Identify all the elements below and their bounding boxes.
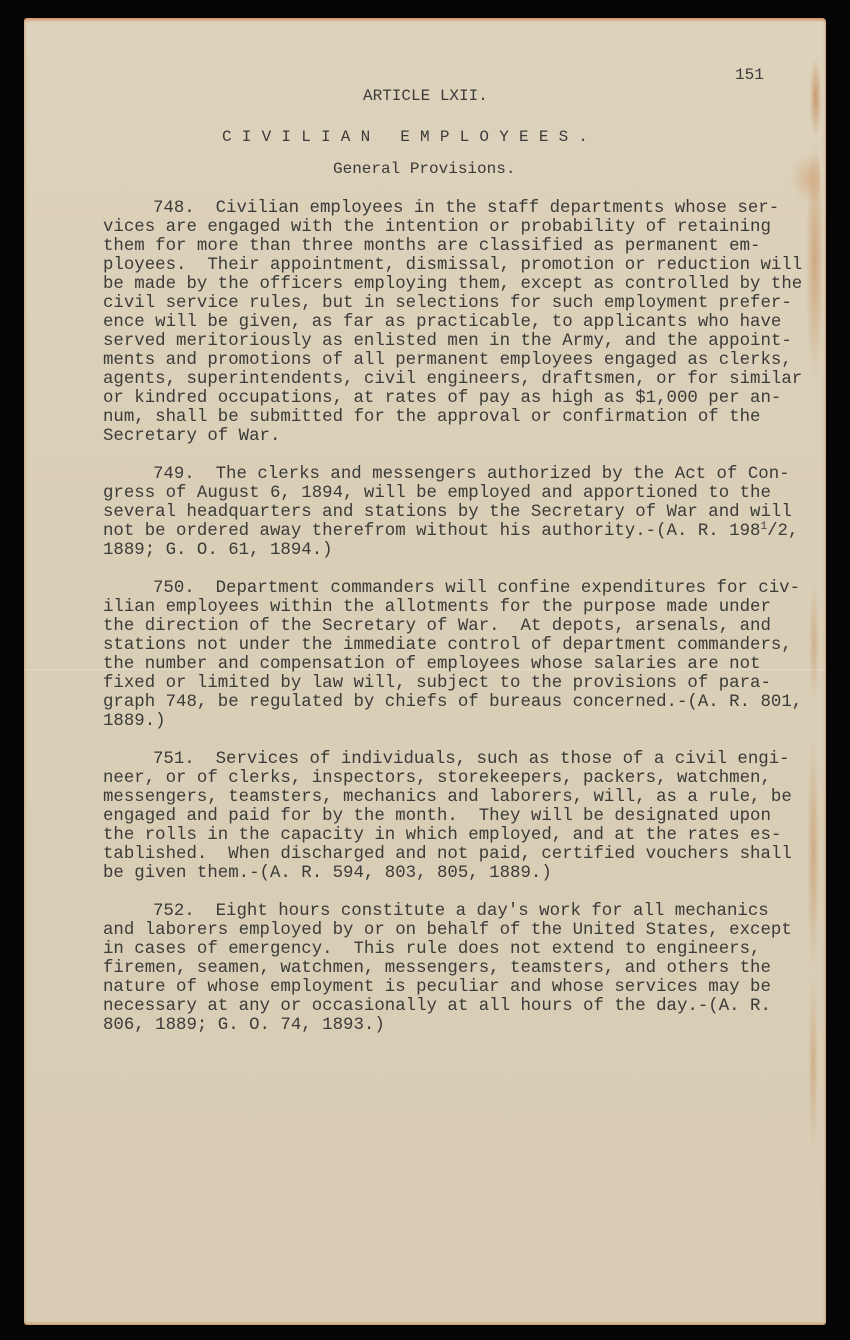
paragraph-line: 751. Services of individuals, such as th…: [103, 750, 803, 769]
paragraph-line: graph 748, be regulated by chiefs of bur…: [103, 693, 803, 712]
paragraph-line: fixed or limited by law will, subject to…: [103, 674, 803, 693]
subheading: General Provisions.: [333, 160, 515, 179]
water-stain-blob: [790, 153, 820, 203]
article-title: ARTICLE LXII.: [363, 87, 488, 106]
paragraph-line: vices are engaged with the intention or …: [103, 218, 803, 237]
paragraph-line: ployees. Their appointment, dismissal, p…: [103, 256, 803, 275]
paragraph-line: necessary at any or occasionally at all …: [103, 997, 803, 1016]
paragraph-line: engaged and paid for by the month. They …: [103, 807, 803, 826]
paragraph-line: ilian employees within the allotments fo…: [103, 598, 803, 617]
paragraph-line: be made by the officers employing them, …: [103, 275, 803, 294]
paragraph-line: the number and compensation of employees…: [103, 655, 803, 674]
paragraph-line: nature of whose employment is peculiar a…: [103, 978, 803, 997]
paragraph-line: num, shall be submitted for the approval…: [103, 408, 803, 427]
paragraph-line: Secretary of War.: [103, 427, 803, 446]
paragraph-748: 748. Civilian employees in the staff dep…: [103, 199, 803, 446]
paragraph-line: them for more than three months are clas…: [103, 237, 803, 256]
paragraph-line: ence will be given, as far as practicabl…: [103, 313, 803, 332]
paragraph-line: gress of August 6, 1894, will be employe…: [103, 484, 803, 503]
line-text: not be ordered away therefrom without hi…: [103, 522, 760, 541]
paragraph-752: 752. Eight hours constitute a day's work…: [103, 902, 803, 1035]
paragraph-line: be given them.-(A. R. 594, 803, 805, 188…: [103, 864, 803, 883]
paragraph-749: 749. The clerks and messengers authorize…: [103, 465, 803, 560]
paragraph-751: 751. Services of individuals, such as th…: [103, 750, 803, 883]
typed-document-page: 151 ARTICLE LXII. CIVILIAN EMPLOYEES. Ge…: [24, 18, 826, 1325]
paragraph-line: 1889.): [103, 712, 803, 731]
paragraph-line: civil service rules, but in selections f…: [103, 294, 803, 313]
paragraph-750: 750. Department commanders will confine …: [103, 579, 803, 731]
paragraph-line: 1889; G. O. 61, 1894.): [103, 541, 803, 560]
paragraph-line: the direction of the Secretary of War. A…: [103, 617, 803, 636]
paragraph-line: 749. The clerks and messengers authorize…: [103, 465, 803, 484]
paragraph-line: 752. Eight hours constitute a day's work…: [103, 902, 803, 921]
water-stain-right-edge: [806, 48, 822, 1288]
paragraph-line: and laborers employed by or on behalf of…: [103, 921, 803, 940]
page-number: 151: [735, 66, 764, 85]
paragraph-line: several headquarters and stations by the…: [103, 503, 803, 522]
paragraph-line-with-fraction: not be ordered away therefrom without hi…: [103, 522, 803, 541]
paragraph-line: stations not under the immediate control…: [103, 636, 803, 655]
paragraph-line: agents, superintendents, civil engineers…: [103, 370, 803, 389]
paragraph-line: 806, 1889; G. O. 74, 1893.): [103, 1016, 803, 1035]
paragraph-line: served meritoriously as enlisted men in …: [103, 332, 803, 351]
fraction-denominator: /2,: [767, 522, 798, 541]
paragraph-line: neer, or of clerks, inspectors, storekee…: [103, 769, 803, 788]
paper-edge-bottom: [24, 1321, 826, 1325]
paragraph-line: ments and promotions of all permanent em…: [103, 351, 803, 370]
paragraph-line: messengers, teamsters, mechanics and lab…: [103, 788, 803, 807]
paragraph-line: tablished. When discharged and not paid,…: [103, 845, 803, 864]
paragraph-line: the rolls in the capacity in which emplo…: [103, 826, 803, 845]
paragraph-line: firemen, seamen, watchmen, messengers, t…: [103, 959, 803, 978]
paragraph-line: or kindred occupations, at rates of pay …: [103, 389, 803, 408]
paragraph-line: 750. Department commanders will confine …: [103, 579, 803, 598]
section-title: CIVILIAN EMPLOYEES.: [222, 128, 598, 147]
paragraph-line: in cases of emergency. This rule does no…: [103, 940, 803, 959]
paper-edge-top: [24, 18, 826, 22]
paragraph-line: 748. Civilian employees in the staff dep…: [103, 199, 803, 218]
